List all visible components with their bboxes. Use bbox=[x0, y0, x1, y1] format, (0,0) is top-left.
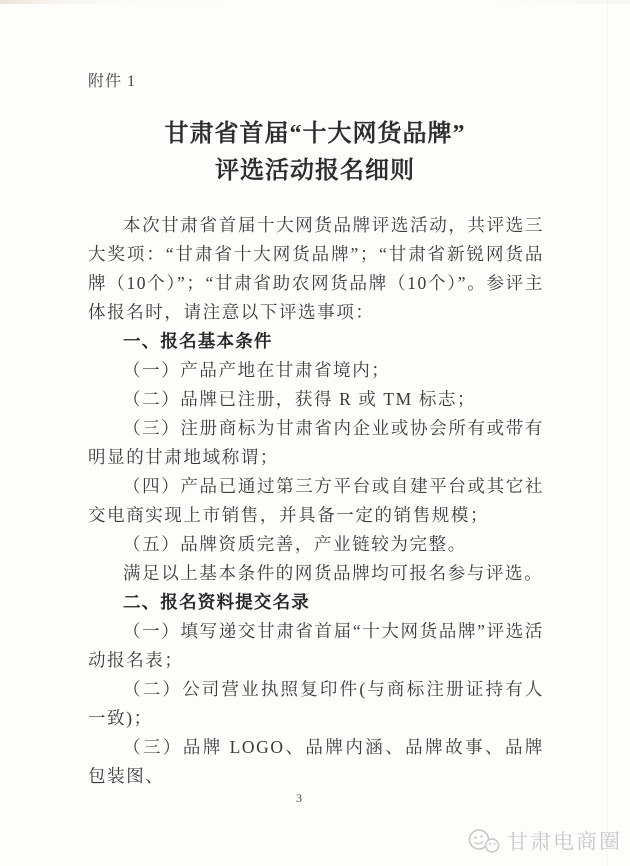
document-page: 附件 1 甘肃省首届“十大网货品牌” 评选活动报名细则 本次甘肃省首届十大网货品… bbox=[0, 0, 630, 866]
section1-heading: 一、报名基本条件 bbox=[88, 327, 544, 356]
section1-note: 满足以上基本条件的网货品牌均可报名参与评选。 bbox=[88, 559, 544, 588]
document-title-line-1: 甘肃省首届“十大网货品牌” bbox=[0, 116, 630, 153]
document-title-line-2: 评选活动报名细则 bbox=[0, 153, 630, 190]
scan-artifact-top-edge bbox=[0, 0, 630, 4]
intro-paragraph: 本次甘肃省首届十大网货品牌评选活动，共评选三大奖项：“甘肃省十大网货品牌”；“甘… bbox=[88, 211, 544, 327]
section1-item-5: （五）品牌资质完善，产业链较为完整。 bbox=[88, 530, 544, 559]
section2-heading: 二、报名资料提交名录 bbox=[88, 588, 544, 617]
section1-item-2: （二）品牌已注册，获得 R 或 TM 标志； bbox=[88, 385, 544, 414]
page-number: 3 bbox=[296, 791, 302, 806]
document-body: 本次甘肃省首届十大网货品牌评选活动，共评选三大奖项：“甘肃省十大网货品牌”；“甘… bbox=[88, 211, 544, 791]
document-title: 甘肃省首届“十大网货品牌” 评选活动报名细则 bbox=[0, 116, 630, 190]
chat-faces-icon bbox=[466, 826, 502, 856]
section1-item-3: （三）注册商标为甘肃省内企业或协会所有或带有明显的甘肃地域称谓； bbox=[88, 414, 544, 472]
section2-item-2: （二）公司营业执照复印件(与商标注册证持有人一致)； bbox=[88, 675, 544, 733]
watermark-text: 甘肃电商圈 bbox=[507, 825, 622, 856]
section2-item-1: （一）填写递交甘肃省首届“十大网货品牌”评选活动报名表； bbox=[88, 617, 544, 675]
watermark: 甘肃电商圈 bbox=[466, 825, 622, 856]
section1-item-1: （一）产品产地在甘肃省境内； bbox=[88, 356, 544, 385]
section1-item-4: （四）产品已通过第三方平台或自建平台或其它社交电商实现上市销售，并具备一定的销售… bbox=[88, 472, 544, 530]
attachment-label: 附件 1 bbox=[88, 68, 136, 91]
section2-item-3: （三）品牌 LOGO、品牌内涵、品牌故事、品牌包装图、 bbox=[88, 733, 544, 791]
